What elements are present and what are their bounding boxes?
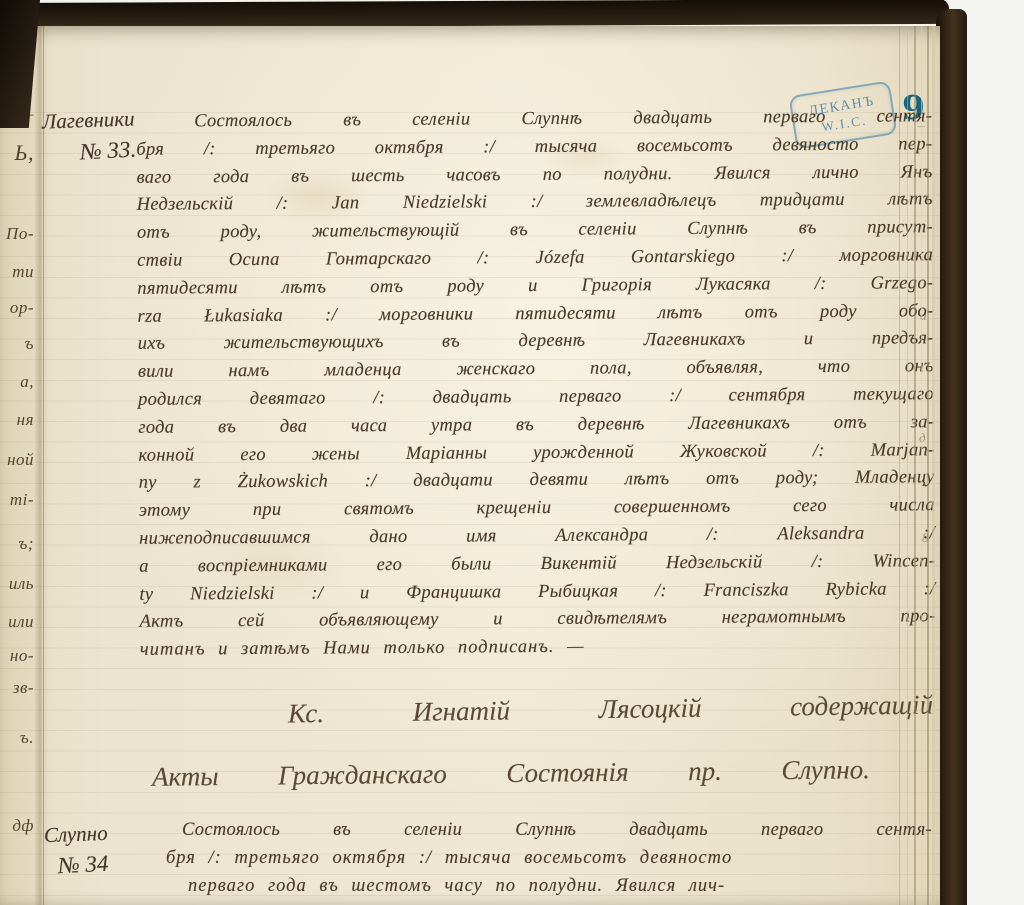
handwritten-line: читанъ и затѣмъ Нами только подписанъ. — — [140, 631, 936, 664]
entry-33-margin-number: № 33. — [79, 137, 136, 166]
left-page-fragment: По- — [0, 224, 34, 244]
left-page-fragment: ня — [0, 410, 34, 430]
page-edge-stack — [932, 26, 935, 905]
pencil-mark: д — [919, 430, 926, 446]
left-page-fragment: зв- — [0, 678, 34, 698]
left-page-fragment: ной — [0, 450, 34, 470]
handwritten-line-partial: но ж… — [166, 899, 932, 905]
entry-34-margin-number: № 34 — [57, 851, 109, 880]
handwritten-line: бря /: третьяго октября :/ тысяча восемь… — [166, 844, 932, 872]
entry-34-text: Состоялось въ селеніи Слупнѣ двадцать пе… — [166, 816, 932, 905]
handwritten-line: Состоялось въ селеніи Слупнѣ двадцать пе… — [166, 816, 932, 844]
left-page-fragment: Ь, — [0, 140, 34, 166]
priest-signature: Кс. Игнатій Лясоцкій содержащій — [288, 689, 933, 729]
book-scan: и — Ь, По- ти ор- ъ а, ня ной ті- ъ; иль… — [0, 0, 1024, 905]
left-page-fragment: дф — [0, 816, 34, 836]
left-page-fragment: или — [0, 612, 34, 632]
entry-33-text: Состоялось въ селеніи Слупнѣ двадцать пе… — [136, 103, 936, 664]
entry-34-margin-place: Слупно — [44, 821, 108, 848]
left-page-fragment: иль — [0, 574, 34, 594]
gutter-fold-line — [43, 26, 44, 905]
book-cover-top-edge — [0, 0, 949, 28]
book-cover-spine — [936, 9, 967, 905]
left-page-fragment: а, — [0, 372, 34, 392]
page-edge-stack — [899, 26, 900, 905]
left-page-fragment: ор- — [0, 298, 34, 318]
entry-33-margin-place: Лагевники — [42, 106, 135, 134]
handwritten-line: перваго года въ шестомъ часу по полудни.… — [166, 872, 932, 900]
gutter-shadow — [34, 26, 48, 905]
left-page-fragment: ті- — [0, 490, 34, 510]
page-edge-stack — [907, 26, 908, 905]
left-page-fragment: но- — [0, 646, 34, 666]
left-page-fragment: ъ; — [0, 534, 34, 554]
page-edge-stack — [927, 26, 929, 905]
left-page-fragment: ъ — [0, 334, 34, 354]
page-edge-stack — [921, 26, 922, 905]
register-page: и — Ь, По- ти ор- ъ а, ня ной ті- ъ; иль… — [0, 26, 940, 905]
handwritten-line: Актъ сей объявляющему и свидѣтелямъ негр… — [140, 604, 936, 637]
left-page-fragment: ти — [0, 262, 34, 282]
registrar-title-line: Акты Гражданскаго Состоянія пр. Слупно. — [152, 754, 870, 793]
page-edge-stack — [914, 26, 916, 905]
left-page-fragment: ъ. — [0, 728, 34, 748]
